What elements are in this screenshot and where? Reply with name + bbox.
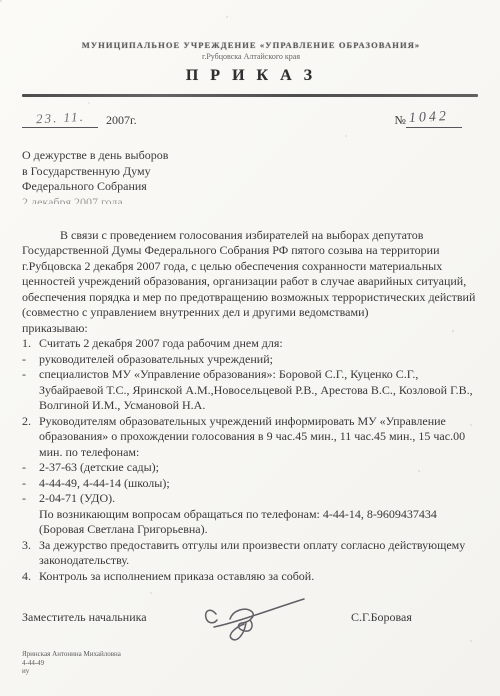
subject-block: О дежурстве в день выборов в Государстве… <box>22 148 252 204</box>
date-year: 2007г. <box>106 113 137 128</box>
dash-marker: - <box>22 491 39 507</box>
executor-block: Яринская Антонина Михайловна 4-44-49 иу <box>22 650 480 676</box>
signer-name: С.Г.Боровая <box>351 600 412 625</box>
item-number: 4. <box>22 569 39 585</box>
order-body: В связи с проведением голосования избира… <box>22 228 480 585</box>
dash-item-phone: - 4-44-49, 4-44-14 (школы); <box>22 476 480 492</box>
scan-noise <box>0 0 2 2</box>
signature-row: Заместитель начальника С.Г.Боровая <box>22 600 480 646</box>
handwritten-number: 1042 <box>409 109 450 127</box>
document-header: МУНИЦИПАЛЬНОЕ УЧРЕЖДЕНИЕ «УПРАВЛЕНИЕ ОБР… <box>22 40 480 85</box>
contact-note: По возникающим вопросам обращаться по те… <box>39 507 480 538</box>
dash-item-phone: - 2-04-71 (УДО). <box>22 491 480 507</box>
numbered-item-1: 1. Считать 2 декабря 2007 года рабочим д… <box>22 336 480 352</box>
dash-marker: - <box>22 367 39 414</box>
scanned-order-document: МУНИЦИПАЛЬНОЕ УЧРЕЖДЕНИЕ «УПРАВЛЕНИЕ ОБР… <box>0 0 500 696</box>
numbered-item-4: 4. Контроль за исполнением приказа остав… <box>22 569 480 585</box>
dash-marker: - <box>22 460 39 476</box>
dash-item: - специалистов МУ «Управление образовани… <box>22 367 480 414</box>
phone-schools: 4-44-49, 4-44-14 (школы); <box>39 476 480 492</box>
executor-initials: иу <box>22 667 480 676</box>
handwritten-date: 23. 11. <box>35 109 85 128</box>
item-text: Руководителям образовательных учреждений… <box>39 414 480 461</box>
phone-kindergartens: 2-37-63 (детские сады); <box>39 460 480 476</box>
subject-line-faded: 2 декабря 2007 года <box>22 195 252 204</box>
header-divider <box>22 94 478 97</box>
dash-item: - руководителей образовательных учрежден… <box>22 352 480 368</box>
date-underline: 23. 11. <box>22 110 98 128</box>
numbered-item-2: 2. Руководителям образовательных учрежде… <box>22 414 480 461</box>
number-underline: 1042 <box>406 110 462 128</box>
signer-position: Заместитель начальника <box>22 600 200 625</box>
organization-name: МУНИЦИПАЛЬНОЕ УЧРЕЖДЕНИЕ «УПРАВЛЕНИЕ ОБР… <box>22 40 480 50</box>
item-text: Контроль за исполнением приказа оставляю… <box>39 569 480 585</box>
subject-line: Федерального Собрания <box>22 179 252 195</box>
dash-item-phone: - 2-37-63 (детские сады); <box>22 460 480 476</box>
meta-row: 23. 11. 2007г. № 1042 <box>22 110 480 128</box>
item-text: За дежурство предоставить отгулы или про… <box>39 538 480 569</box>
item-number: 1. <box>22 336 39 352</box>
item-number: 3. <box>22 538 39 569</box>
phone-udo: 2-04-71 (УДО). <box>39 491 480 507</box>
executor-name: Яринская Антонина Михайловна <box>22 650 480 659</box>
item-number: 2. <box>22 414 39 461</box>
dash-marker: - <box>22 352 39 368</box>
subject-line: в Государственную Думу <box>22 164 252 180</box>
numbered-item-3: 3. За дежурство предоставить отгулы или … <box>22 538 480 569</box>
dash-marker: - <box>22 476 39 492</box>
executor-phone: 4-44-49 <box>22 659 480 668</box>
dash-text: специалистов МУ «Управление образования»… <box>39 367 480 414</box>
item-text: Считать 2 декабря 2007 года рабочим днем… <box>39 336 480 352</box>
intro-paragraph: В связи с проведением голосования избира… <box>22 228 480 321</box>
document-title: П Р И К А З <box>22 67 480 85</box>
number-group: № 1042 <box>395 110 462 128</box>
organization-city: г.Рубцовска Алтайского края <box>22 52 480 61</box>
order-verb: приказываю: <box>22 321 480 337</box>
date-group: 23. 11. 2007г. <box>22 110 137 128</box>
handwritten-signature <box>200 594 325 646</box>
number-label: № <box>395 113 406 128</box>
subject-line: О дежурстве в день выборов <box>22 148 252 164</box>
dash-text: руководителей образовательных учреждений… <box>39 352 480 368</box>
